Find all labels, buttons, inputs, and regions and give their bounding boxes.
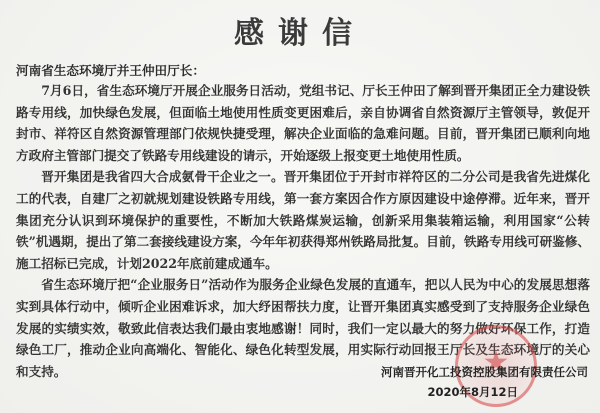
paragraph-2: 晋开集团是我省四大合成氨骨干企业之一。晋开集团位于开封市祥符区的二分公司是我省先… bbox=[16, 166, 590, 274]
signature-block: 河南晋开化工投资控股集团有限责任公司 2020年8月12日 bbox=[381, 364, 588, 380]
signature-company: 河南晋开化工投资控股集团有限责任公司 bbox=[381, 364, 588, 380]
paragraph-1: 7月6日，省生态环境厅开展企业服务日活动，党组书记、厅长王仲田了解到晋开集团正全… bbox=[16, 80, 590, 166]
signature-date: 2020年8月12日 bbox=[427, 384, 518, 400]
letter-title: 感谢信 bbox=[0, 8, 600, 52]
letter-page: 感谢信 河南省生态环境厅并王仲田厅长： 7月6日，省生态环境厅开展企业服务日活动… bbox=[0, 0, 600, 413]
salutation: 河南省生态环境厅并王仲田厅长： bbox=[16, 60, 205, 79]
